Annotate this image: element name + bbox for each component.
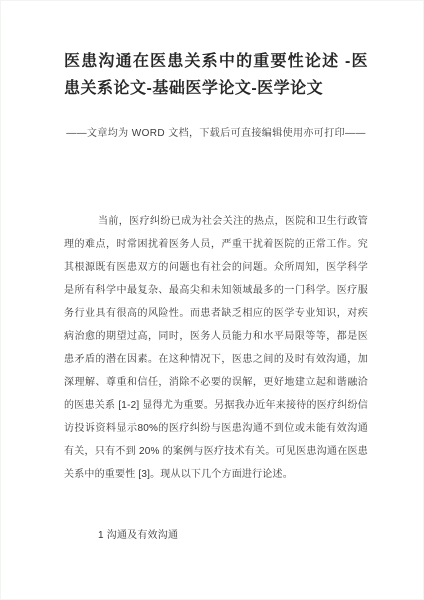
section-heading: 1 沟通及有效沟通 xyxy=(64,524,368,547)
page-title: 医患沟通在医患关系中的重要性论述 -医患关系论文-基础医学论文-医学论文 xyxy=(64,1,368,102)
body-paragraph: 当前，医疗纠纷已成为社会关注的热点，医院和卫生行政管理的难点，时常困扰着医务人员… xyxy=(64,210,368,486)
document-subtitle: ——文章均为 WORD 文档，下载后可直接编辑使用亦可打印—— xyxy=(64,127,368,140)
document-page: 医患沟通在医患关系中的重要性论述 -医患关系论文-基础医学论文-医学论文 ——文… xyxy=(0,0,424,600)
document-content: 医患沟通在医患关系中的重要性论述 -医患关系论文-基础医学论文-医学论文 ——文… xyxy=(64,1,368,547)
